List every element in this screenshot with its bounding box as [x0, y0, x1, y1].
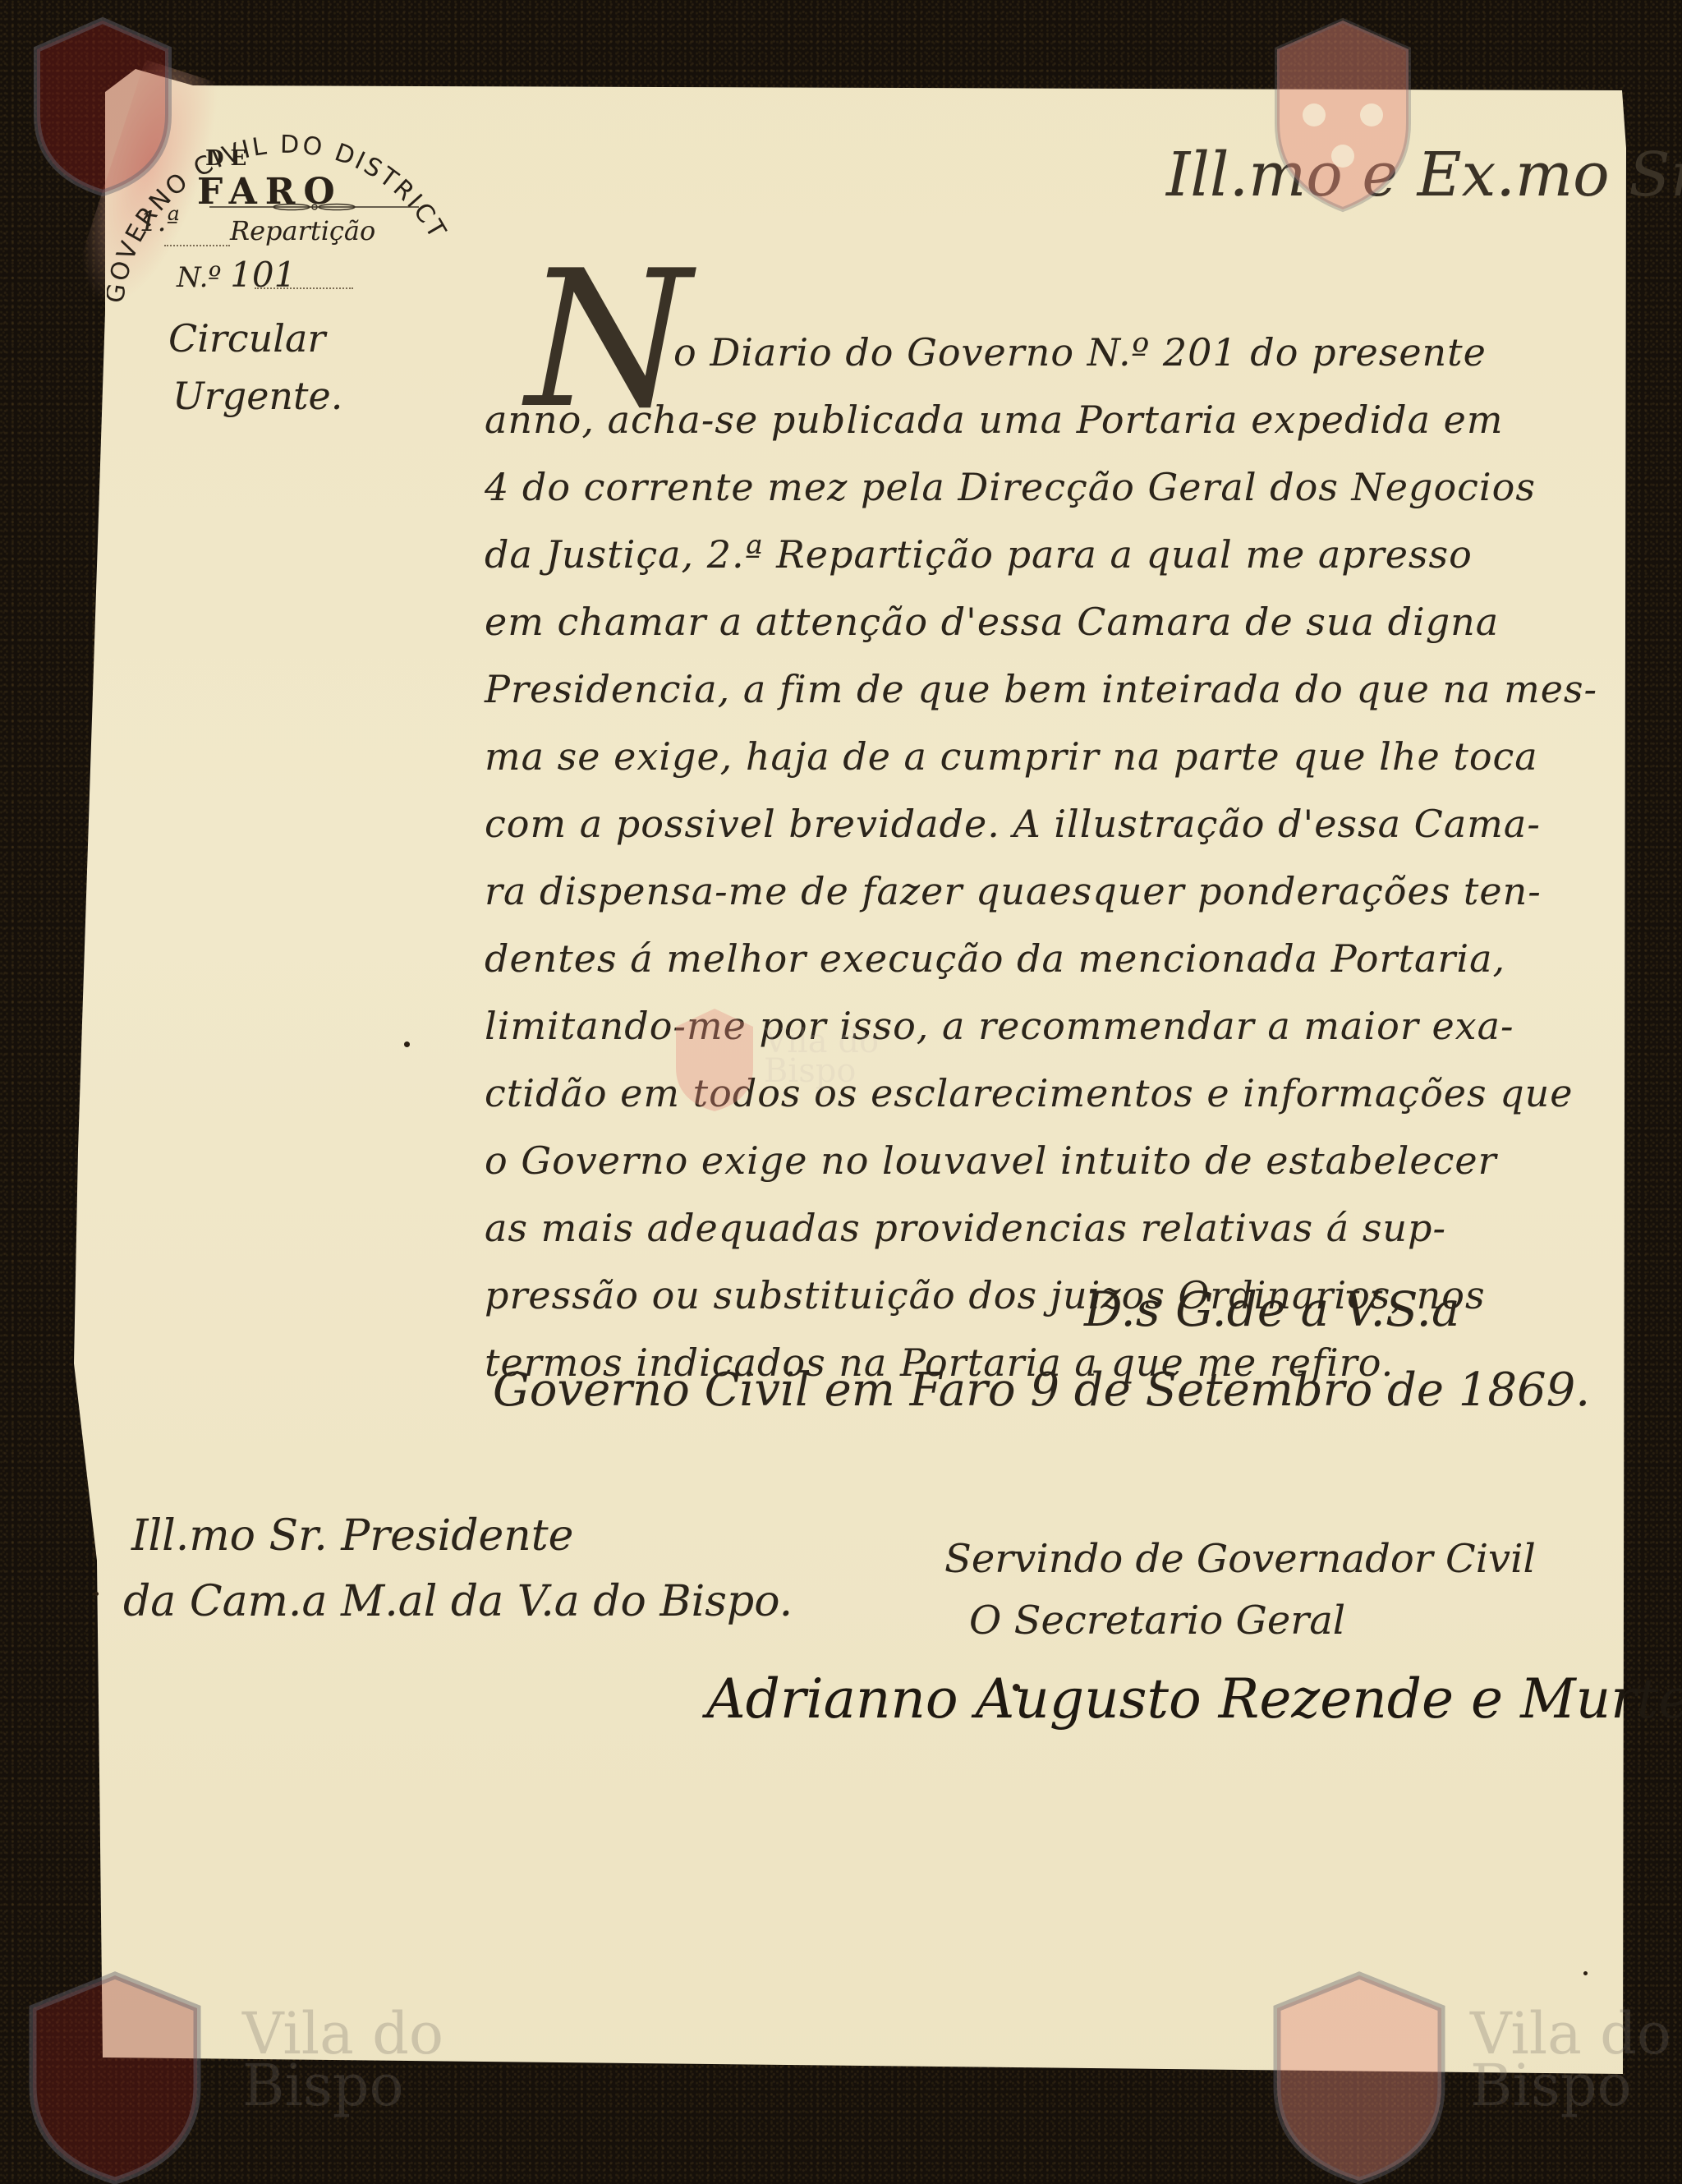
body-line: limitando-me por isso, a recommendar a m…	[485, 1004, 1514, 1048]
signature-role-2: O Secretario Geral	[969, 1598, 1345, 1644]
ink-dot	[1013, 1684, 1020, 1691]
watermark-shield-icon	[1265, 1971, 1454, 2184]
body-line: dentes á melhor execução da mencionada P…	[485, 936, 1505, 981]
body-line: o Governo exige no louvavel intuito de e…	[485, 1138, 1497, 1183]
margin-note-urgent: Urgente.	[172, 374, 342, 418]
body-line: as mais adequadas providencias relativas…	[485, 1206, 1446, 1250]
watermark-shield-icon	[21, 1971, 209, 2184]
body-line: em chamar a attenção d'essa Camara de su…	[485, 600, 1499, 644]
watermark-text: Vila do Bispo	[242, 2008, 443, 2112]
signature-role-1: Servindo de Governador Civil	[944, 1536, 1536, 1582]
body-line: anno, acha-se publicada uma Portaria exp…	[485, 398, 1504, 442]
addressee-line-1: Ill.mo Sr. Presidente	[131, 1511, 573, 1561]
stamp-dotted-line	[164, 245, 230, 246]
watermark-shield-icon	[669, 1006, 760, 1113]
stamp-repartition-label: Repartição	[230, 215, 375, 246]
number-label: N.º	[177, 261, 221, 294]
body-line: ma se exige, haja de a cumprir na parte …	[485, 734, 1538, 779]
ink-dot	[1583, 1971, 1588, 1975]
watermark-shield-icon	[25, 16, 181, 197]
watermark-shield-icon	[1265, 16, 1421, 214]
watermark-text: Vila do Bispo	[764, 1027, 879, 1086]
signature: Adrianno Augusto Rezende e Murteira	[706, 1667, 1682, 1731]
date-line: Governo Civil em Faro 9 de Setembro de 1…	[493, 1363, 1590, 1417]
ink-dot	[94, 1592, 99, 1596]
watermark-text: Vila do Bispo	[1470, 2008, 1671, 2112]
closing-formula: D.s G.de a V.S.a	[1084, 1281, 1460, 1337]
body-line: 4 do corrente mez pela Direcção Geral do…	[485, 465, 1536, 509]
addressee-line-2: da Cam.a M.al da V.a do Bispo.	[123, 1577, 793, 1626]
stamp-ornament-rule	[209, 203, 419, 211]
stamp-de: DE	[205, 146, 253, 171]
body-line: ra dispensa-me de fazer quaesquer ponder…	[485, 869, 1542, 913]
margin-note-circular: Circular	[168, 316, 325, 361]
body-line: Presidencia, a fim de que bem inteirada …	[485, 667, 1597, 711]
ink-dot	[92, 1552, 96, 1556]
repartition-prefix: 1.ª	[140, 205, 180, 238]
body-line: o Diario do Governo N.º 201 do presente	[673, 330, 1487, 375]
body-line: com a possivel brevidade. A illustração …	[485, 802, 1541, 846]
ink-dot	[404, 1041, 410, 1047]
body-line: da Justiça, 2.ª Repartição para a qual m…	[485, 532, 1473, 577]
body-line: ctidão em todos os esclarecimentos e inf…	[485, 1071, 1574, 1115]
salutation: Ill.mo e Ex.mo Sr.	[1166, 140, 1682, 210]
stamp-dotted-line	[255, 287, 353, 289]
